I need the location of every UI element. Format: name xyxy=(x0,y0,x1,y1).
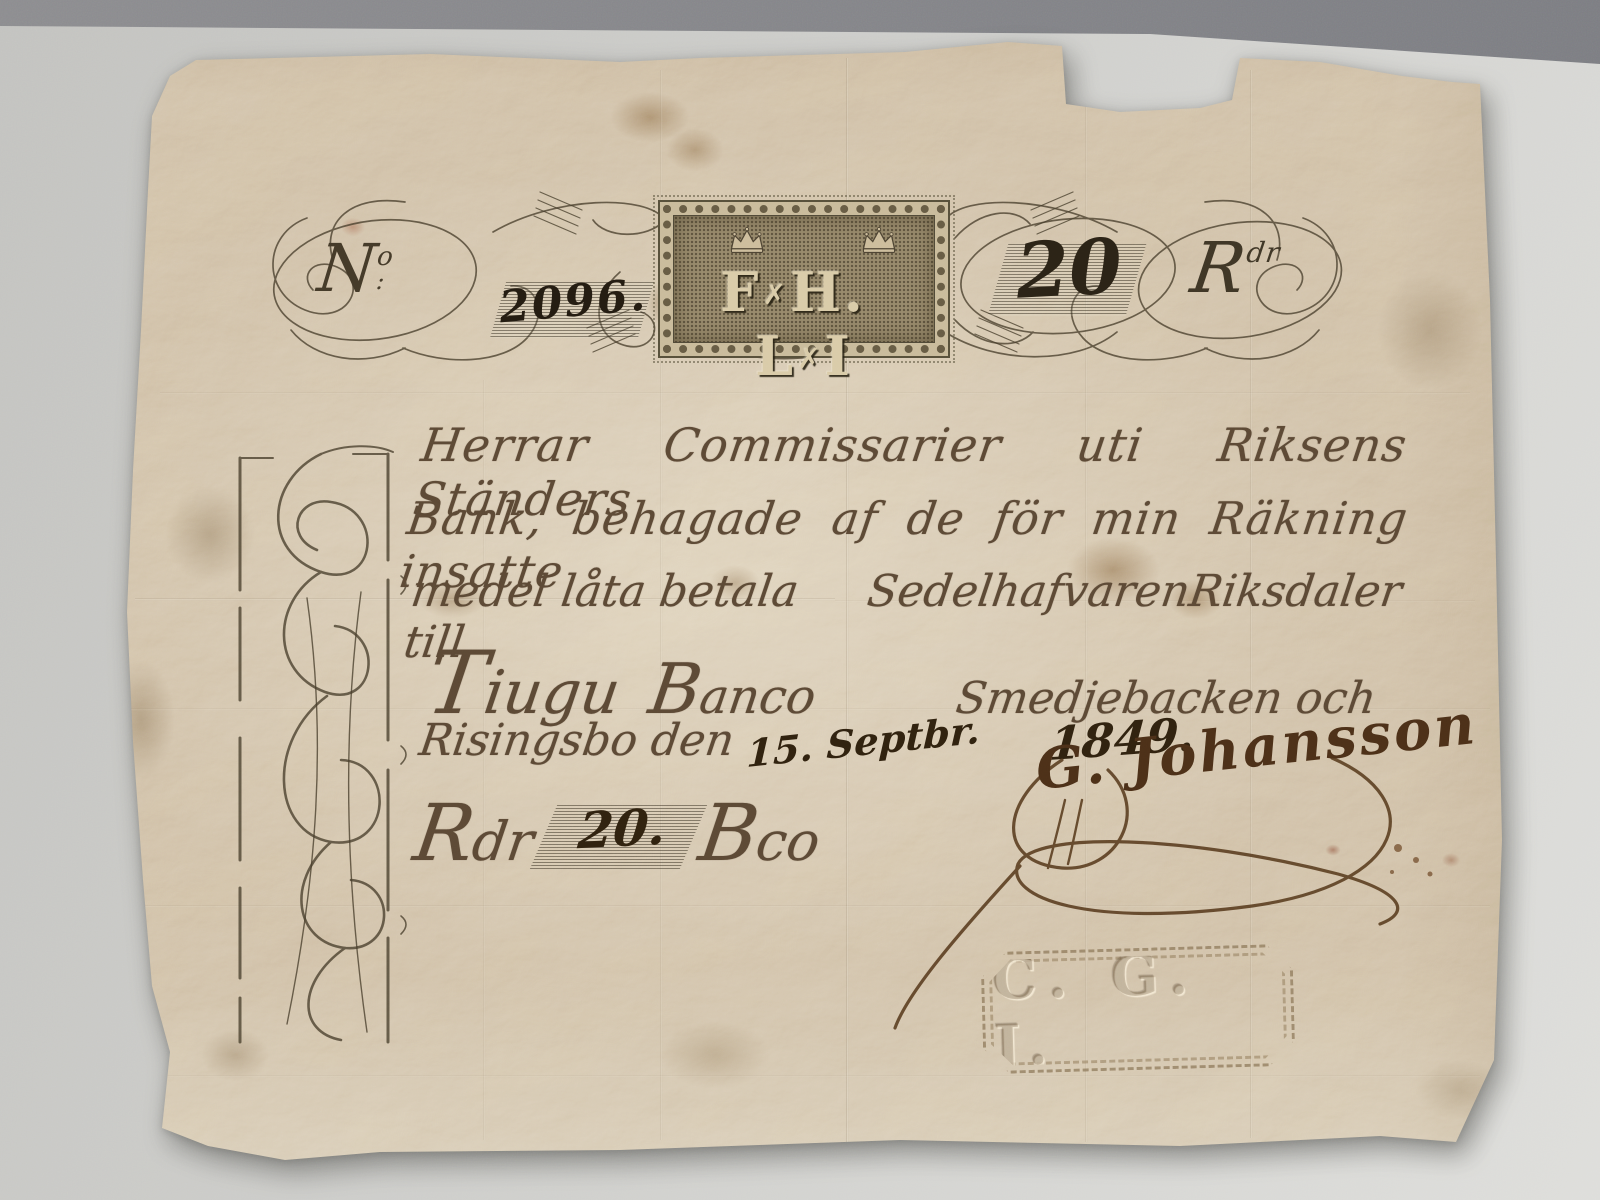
crown-icon xyxy=(728,226,766,254)
place-label: Risingsbo den xyxy=(416,715,737,766)
paper-crease xyxy=(160,392,1470,395)
blind-stamp-border: C. G. J. xyxy=(989,952,1288,1066)
amount-line: Rdr 20. Bco xyxy=(409,788,827,879)
left-ornament xyxy=(225,440,415,1055)
paper-crease xyxy=(150,1075,1480,1078)
monogram-letter: L xyxy=(755,324,796,388)
currency-label: Rdr xyxy=(1188,236,1283,300)
bco-unit: Bco xyxy=(694,788,827,879)
center-emblem-box: F✗H.L✗I xyxy=(658,200,950,358)
currency-label-r: R xyxy=(1186,227,1250,309)
rdr-unit: Rdr xyxy=(409,788,541,879)
number-label: No: xyxy=(315,242,388,299)
monogram-letter: H. xyxy=(790,260,866,324)
denomination-value: 20 xyxy=(992,220,1146,317)
crown-icon xyxy=(860,226,898,254)
banknote-paper: No: 2096. xyxy=(0,0,1600,1200)
monogram-letter: I xyxy=(825,324,853,388)
blind-stamp: C. G. J. xyxy=(980,944,1295,1075)
number-label-n: N xyxy=(314,230,380,307)
currency-label-dr: dr xyxy=(1245,236,1283,269)
photo-of-old-banknote: No: 2096. xyxy=(0,0,1600,1200)
stamp-initials: C. G. J. xyxy=(991,939,1285,1079)
crossed-arrows-icon: ✗ xyxy=(763,278,789,311)
crossed-arrows-icon: ✗ xyxy=(797,342,823,375)
monogram-letter: F xyxy=(720,260,761,324)
emblem-monogram: F✗H.L✗I xyxy=(674,260,934,388)
amount-patch: 20. xyxy=(530,805,707,869)
handwritten-amount: 20. xyxy=(545,795,701,862)
handwritten-date: 15. Septbr. xyxy=(746,707,981,776)
paper-shadow-wrapper: No: 2096. xyxy=(0,0,1600,1200)
emblem-field: F✗H.L✗I xyxy=(673,215,935,343)
emblem-bead-border: F✗H.L✗I xyxy=(663,205,945,353)
